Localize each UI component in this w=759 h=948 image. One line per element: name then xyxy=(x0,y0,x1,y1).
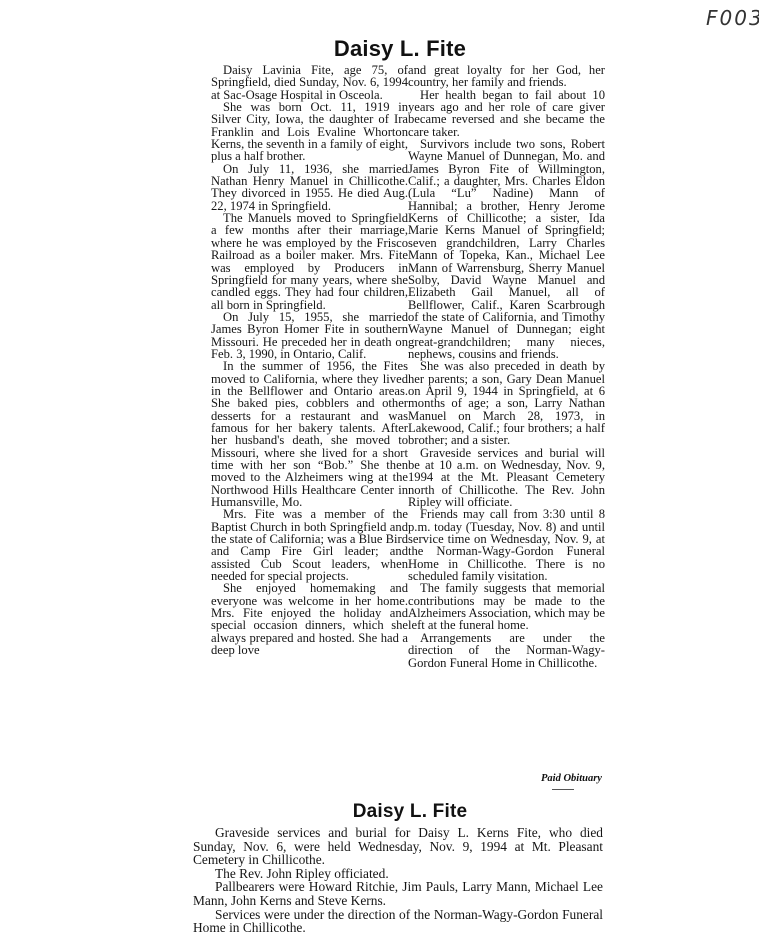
obituary-paragraph: Arrangements are under the direction of … xyxy=(408,632,605,669)
paid-obituary-label: Paid Obituary xyxy=(541,773,602,784)
obituary-paragraph: Friends may call from 3:30 until 8 p.m. … xyxy=(408,508,605,582)
obituary-paragraph: Graveside services and burial will be at… xyxy=(408,447,605,509)
followup-paragraph: Services were under the direction of the… xyxy=(193,908,603,935)
obituary-left-column: Daisy Lavinia Fite, age 75, of Springfie… xyxy=(211,64,408,657)
obituary-title: Daisy L. Fite xyxy=(0,36,759,62)
followup-title: Daisy L. Fite xyxy=(190,801,630,823)
paid-obituary-rule xyxy=(552,789,574,790)
obituary-paragraph: The Manuels moved to Springfield a few m… xyxy=(211,212,408,311)
handwritten-document-id: F003 xyxy=(706,6,759,30)
obituary-paragraph-continued: and great loyalty for her God, her count… xyxy=(408,64,605,89)
obituary-paragraph: The family suggests that memorial contri… xyxy=(408,582,605,631)
obituary-paragraph: In the summer of 1956, the Fites moved t… xyxy=(211,360,408,508)
obituary-paragraph: On July 15, 1955, she married James Byro… xyxy=(211,311,408,360)
obituary-paragraph: She enjoyed homemaking and everyone was … xyxy=(211,582,408,656)
obituary-paragraph: She was also preceded in death by her pa… xyxy=(408,360,605,446)
obituary-paragraph: She was born Oct. 11, 1919 in Silver Cit… xyxy=(211,101,408,163)
obituary-paragraph: Mrs. Fite was a member of the Baptist Ch… xyxy=(211,508,408,582)
obituary-paragraph: Survivors include two sons, Robert Wayne… xyxy=(408,138,605,360)
followup-paragraph: The Rev. John Ripley officiated. xyxy=(193,867,603,881)
obituary-right-column: and great loyalty for her God, her count… xyxy=(408,64,605,669)
obituary-paragraph: Her health began to fail about 10 years … xyxy=(408,89,605,138)
obituary-paragraph: On July 11, 1936, she married Nathan Hen… xyxy=(211,163,408,212)
followup-paragraph: Graveside services and burial for Daisy … xyxy=(193,826,603,867)
followup-paragraph: Pallbearers were Howard Ritchie, Jim Pau… xyxy=(193,880,603,907)
obituary-paragraph: Daisy Lavinia Fite, age 75, of Springfie… xyxy=(211,64,408,101)
followup-notice: Graveside services and burial for Daisy … xyxy=(193,826,603,935)
